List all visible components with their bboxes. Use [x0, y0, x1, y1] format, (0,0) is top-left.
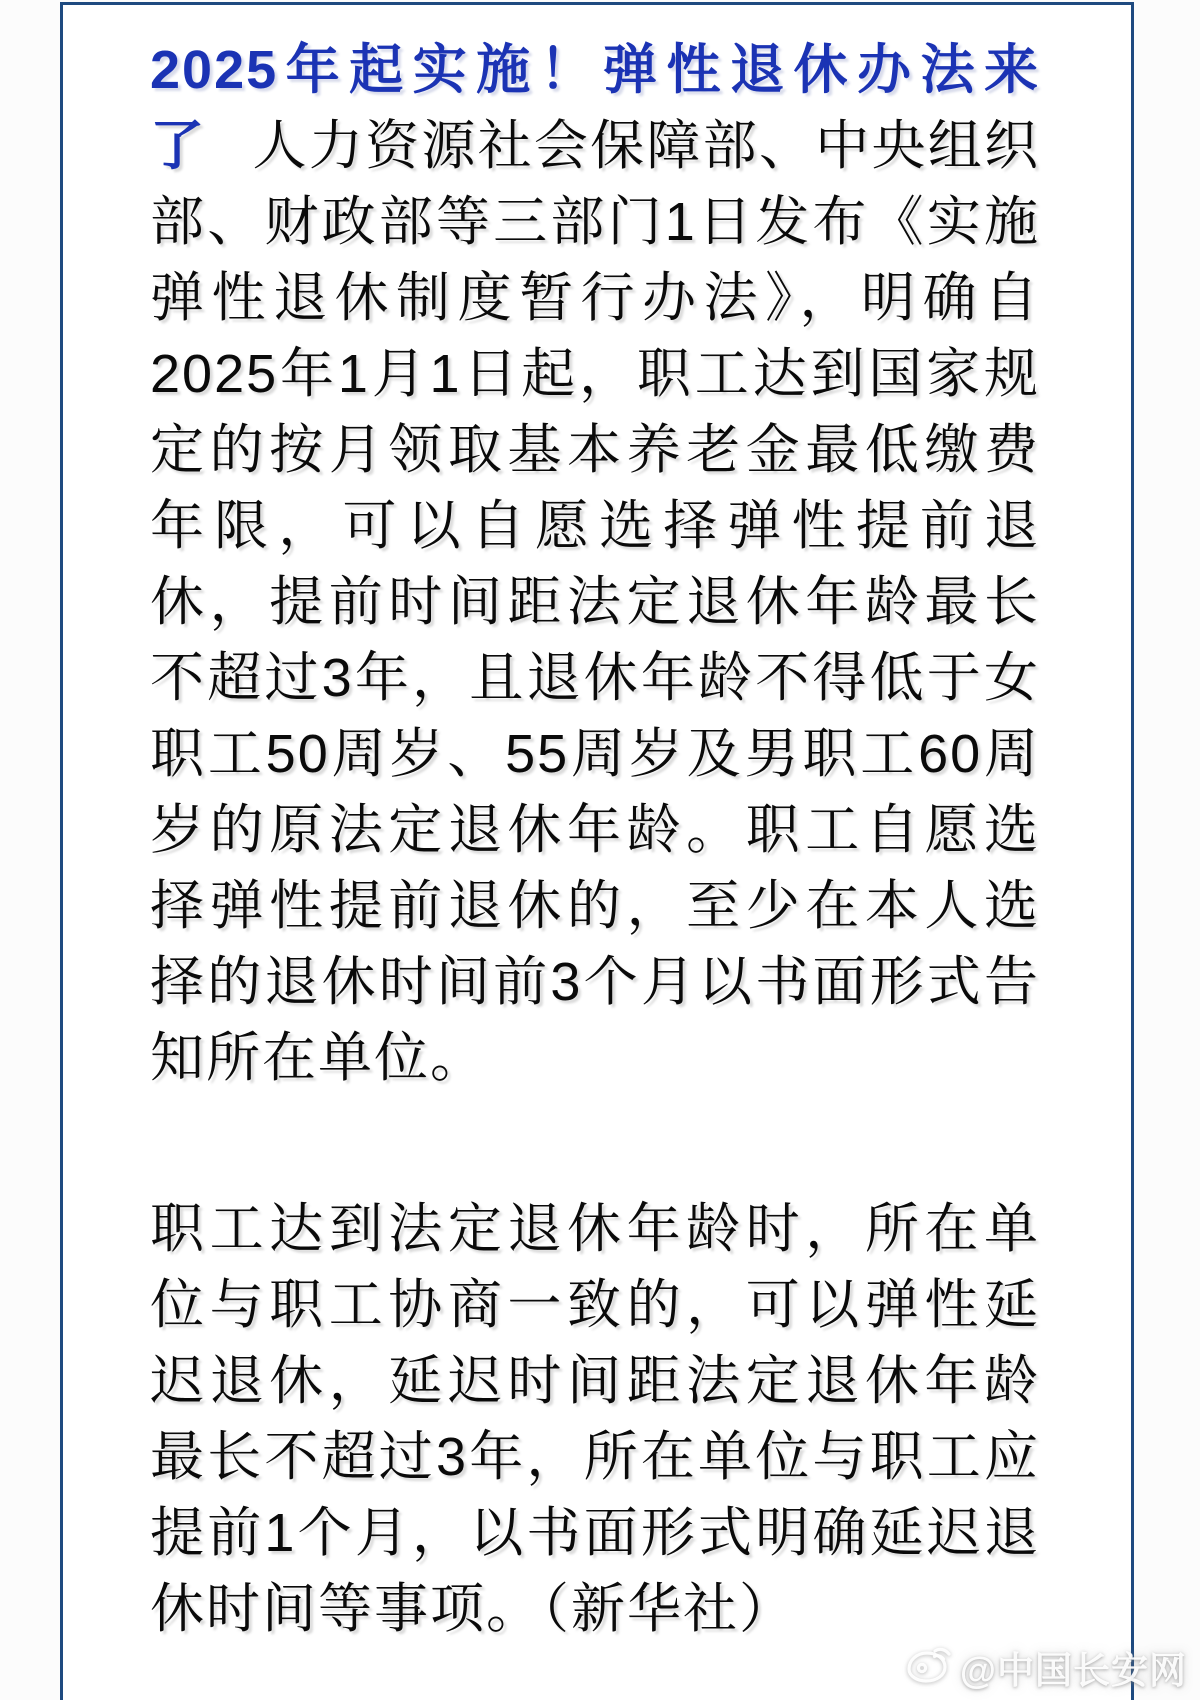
- body-line: 职工达到法定退休年龄时，所在单: [150, 1191, 1040, 1267]
- body-line-paragraph-end: 知所在单位。: [150, 1020, 1040, 1096]
- body-line: 职工50周岁、55周岁及男职工60周: [150, 716, 1040, 792]
- body-line: 岁的原法定退休年龄。职工自愿选: [150, 792, 1040, 868]
- article-body: 2025年起实施！弹性退休办法来 了人力资源社会保障部、中央组织 部、财政部等三…: [150, 32, 1040, 1647]
- watermark-handle: @中国长安网: [960, 1640, 1187, 1694]
- headline-body-line: 了人力资源社会保障部、中央组织: [150, 108, 1040, 184]
- body-line: 最长不超过3年，所在单位与职工应: [150, 1419, 1040, 1495]
- body-line: 休，提前时间距法定退休年龄最长: [150, 564, 1040, 640]
- body-line: 部、财政部等三部门1日发布《实施: [150, 184, 1040, 260]
- body-line: 位与职工协商一致的，可以弹性延: [150, 1267, 1040, 1343]
- weibo-icon: [906, 1642, 952, 1693]
- body-line: 提前1个月，以书面形式明确延迟退: [150, 1495, 1040, 1571]
- body-line: 2025年1月1日起，职工达到国家规: [150, 336, 1040, 412]
- body-line: 弹性退休制度暂行办法》，明确自: [150, 260, 1040, 336]
- body-line: 迟退休，延迟时间距法定退休年龄: [150, 1343, 1040, 1419]
- body-line: 择弹性提前退休的，至少在本人选: [150, 868, 1040, 944]
- headline-lead: 了: [150, 116, 206, 176]
- body-line: 择的退休时间前3个月以书面形式告: [150, 944, 1040, 1020]
- paragraph-2: 职工达到法定退休年龄时，所在单 位与职工协商一致的，可以弹性延 迟退休，延迟时间…: [150, 1191, 1040, 1647]
- watermark: @中国长安网: [906, 1640, 1187, 1694]
- body-line-paragraph-end: 休时间等事项。（新华社）: [150, 1571, 1040, 1647]
- body-line: 不超过3年，且退休年龄不得低于女: [150, 640, 1040, 716]
- body-line: 年限，可以自愿选择弹性提前退: [150, 488, 1040, 564]
- body-line: 定的按月领取基本养老金最低缴费: [150, 412, 1040, 488]
- body-line: 人力资源社会保障部、中央组织: [252, 116, 1040, 176]
- headline-line-1: 2025年起实施！弹性退休办法来: [150, 32, 1040, 108]
